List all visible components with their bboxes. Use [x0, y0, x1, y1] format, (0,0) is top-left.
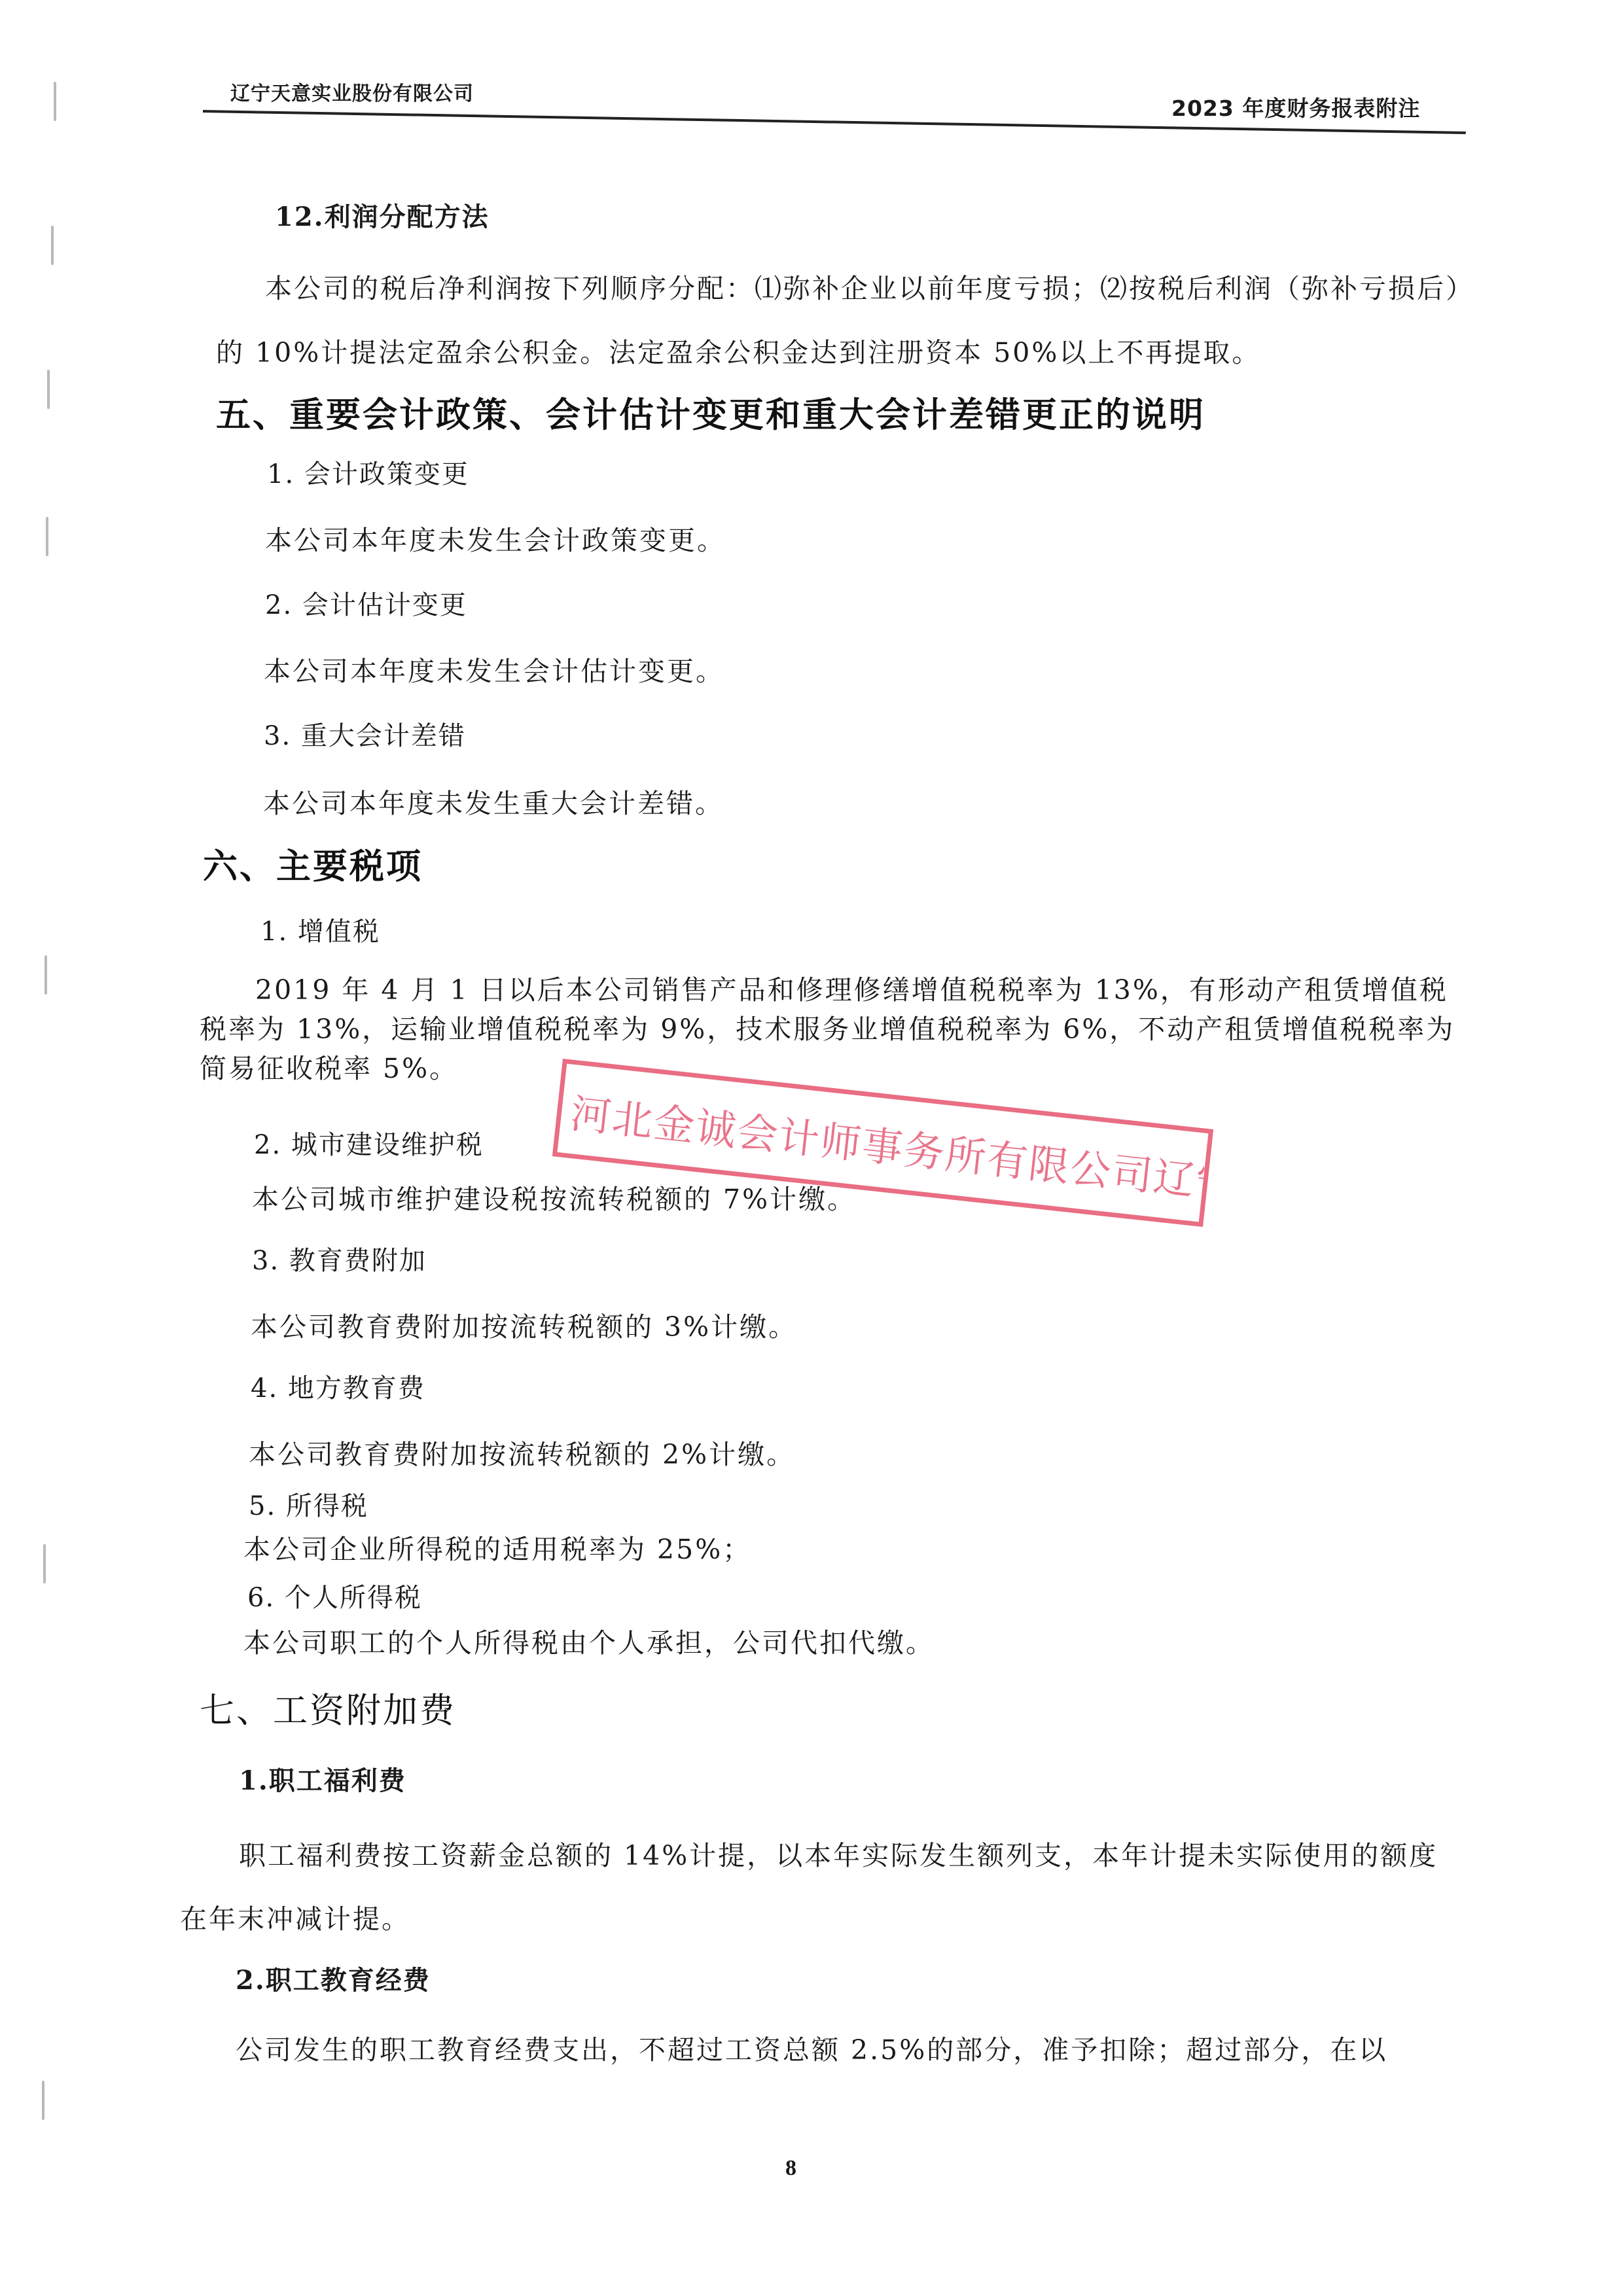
- vat-line3: 简易征收税率 5%。: [200, 1047, 458, 1086]
- six-item-2-text: 本公司城市维护建设税按流转税额的 7%计缴。: [252, 1178, 856, 1216]
- five-item-2-text: 本公司本年度未发生会计估计变更。: [264, 650, 724, 688]
- welfare-line2: 在年末冲减计提。: [180, 1898, 410, 1936]
- section-five-heading: 五、重要会计政策、会计估计变更和重大会计差错更正的说明: [216, 387, 1205, 437]
- binding-mark: [46, 517, 48, 556]
- six-item-4-text: 本公司教育费附加按流转税额的 2%计缴。: [249, 1433, 795, 1472]
- vat-title: 1. 增值税: [260, 911, 380, 948]
- binding-mark: [51, 226, 54, 265]
- profit-paragraph-line1: 本公司的税后净利润按下列顺序分配：⑴弥补企业以前年度亏损；⑵按税后利润（弥补亏损…: [265, 267, 1474, 306]
- section-six-heading: 六、主要税项: [203, 839, 423, 889]
- profit-paragraph-line2: 的 10%计提法定盈余公积金。法定盈余公积金达到注册资本 50%以上不再提取。: [216, 331, 1260, 370]
- welfare-title: 1.职工福利费: [239, 1760, 406, 1797]
- binding-mark: [43, 1544, 46, 1583]
- binding-mark: [42, 2081, 45, 2120]
- welfare-line1: 职工福利费按工资薪金总额的 14%计提，以本年实际发生额列支，本年计提未实际使用…: [239, 1834, 1438, 1873]
- six-item-5-title: 5. 所得税: [249, 1485, 368, 1523]
- education-line1: 公司发生的职工教育经费支出，不超过工资总额 2.5%的部分，准予扣除；超过部分，…: [236, 2028, 1387, 2067]
- vat-line1: 2019 年 4 月 1 日以后本公司销售产品和修理修缮增值税税率为 13%，有…: [255, 968, 1448, 1007]
- five-item-2-title: 2. 会计估计变更: [265, 584, 467, 622]
- header-company: 辽宁天意实业股份有限公司: [230, 77, 474, 106]
- six-item-6-text: 本公司职工的个人所得税由个人承担，公司代扣代缴。: [243, 1621, 935, 1660]
- five-item-3-title: 3. 重大会计差错: [264, 715, 466, 752]
- six-item-2-title: 2. 城市建设维护税: [254, 1124, 484, 1161]
- header-doc-title: 2023 年度财务报表附注: [1171, 92, 1420, 122]
- six-item-3-text: 本公司教育费附加按流转税额的 3%计缴。: [251, 1305, 797, 1344]
- section-seven-heading: 七、工资附加费: [200, 1683, 456, 1733]
- profit-heading: 12.利润分配方法: [275, 196, 490, 234]
- six-item-4-title: 4. 地方教育费: [251, 1368, 425, 1405]
- six-item-5-text: 本公司企业所得税的适用税率为 25%；: [243, 1528, 751, 1566]
- six-item-6-title: 6. 个人所得税: [247, 1577, 422, 1614]
- vat-line2: 税率为 13%，运输业增值税税率为 9%，技术服务业增值税税率为 6%，不动产租…: [200, 1008, 1455, 1046]
- education-title: 2.职工教育经费: [236, 1960, 431, 1997]
- five-item-3-text: 本公司本年度未发生重大会计差错。: [263, 782, 724, 821]
- six-item-3-title: 3. 教育费附加: [252, 1240, 427, 1277]
- binding-mark: [47, 370, 50, 409]
- five-item-1-title: 1. 会计政策变更: [267, 453, 469, 491]
- page-number: 8: [785, 2156, 796, 2181]
- five-item-1-text: 本公司本年度未发生会计政策变更。: [265, 519, 726, 557]
- binding-mark: [54, 82, 56, 121]
- binding-mark: [45, 955, 47, 995]
